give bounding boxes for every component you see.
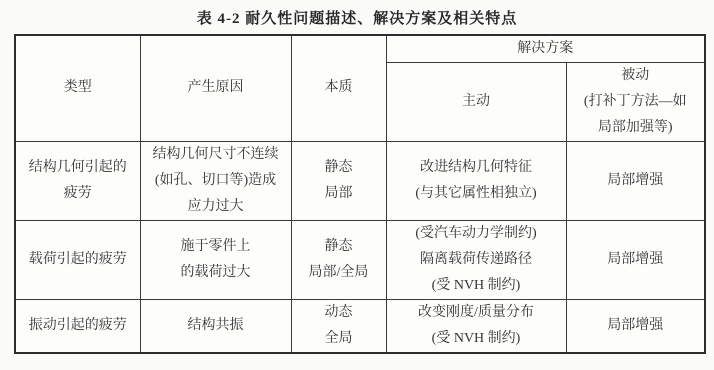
cell-row1-cause: 结构几何尺寸不连续 (如孔、切口等)造成 应力过大	[140, 141, 291, 220]
table-title: 表 4-2 耐久性问题描述、解决方案及相关特点	[0, 7, 714, 28]
cell-row3-passive: 局部增强	[566, 299, 705, 353]
cell-row2-active: (受汽车动力学制约) 隔离载荷传递路径 (受 NVH 制约)	[386, 220, 566, 299]
header-type: 类型	[15, 35, 140, 141]
durability-table: 类型 产生原因 本质 解决方案 主动 被动 (打补丁方法—如 局部加强等) 结构…	[14, 34, 706, 354]
cell-row3-nature: 动态 全局	[291, 299, 386, 353]
cell-row3-active: 改变刚度/质量分布 (受 NVH 制约)	[386, 299, 566, 353]
table-row-vibration-fatigue: 振动引起的疲劳 结构共振 动态 全局 改变刚度/质量分布 (受 NVH 制约) …	[15, 299, 705, 353]
cell-row2-type: 载荷引起的疲劳	[15, 220, 140, 299]
cell-row2-cause: 施于零件上 的载荷过大	[140, 220, 291, 299]
header-cause: 产生原因	[140, 35, 291, 141]
document-page: 表 4-2 耐久性问题描述、解决方案及相关特点 类型 产生原因 本质 解决方案 …	[0, 0, 714, 370]
header-row-top: 类型 产生原因 本质 解决方案	[15, 35, 705, 62]
cell-row1-passive: 局部增强	[566, 141, 705, 220]
cell-row2-passive: 局部增强	[566, 220, 705, 299]
header-passive: 被动 (打补丁方法—如 局部加强等)	[566, 62, 705, 141]
cell-row2-nature: 静态 局部/全局	[291, 220, 386, 299]
header-nature: 本质	[291, 35, 386, 141]
cell-row1-type: 结构几何引起的 疲劳	[15, 141, 140, 220]
table-row-geometry-fatigue: 结构几何引起的 疲劳 结构几何尺寸不连续 (如孔、切口等)造成 应力过大 静态 …	[15, 141, 705, 220]
cell-row3-cause: 结构共振	[140, 299, 291, 353]
cell-row3-type: 振动引起的疲劳	[15, 299, 140, 353]
header-solution: 解决方案	[386, 35, 705, 62]
table-row-load-fatigue: 载荷引起的疲劳 施于零件上 的载荷过大 静态 局部/全局 (受汽车动力学制约) …	[15, 220, 705, 299]
cell-row1-active: 改进结构几何特征 (与其它属性相独立)	[386, 141, 566, 220]
cell-row1-nature: 静态 局部	[291, 141, 386, 220]
header-active: 主动	[386, 62, 566, 141]
